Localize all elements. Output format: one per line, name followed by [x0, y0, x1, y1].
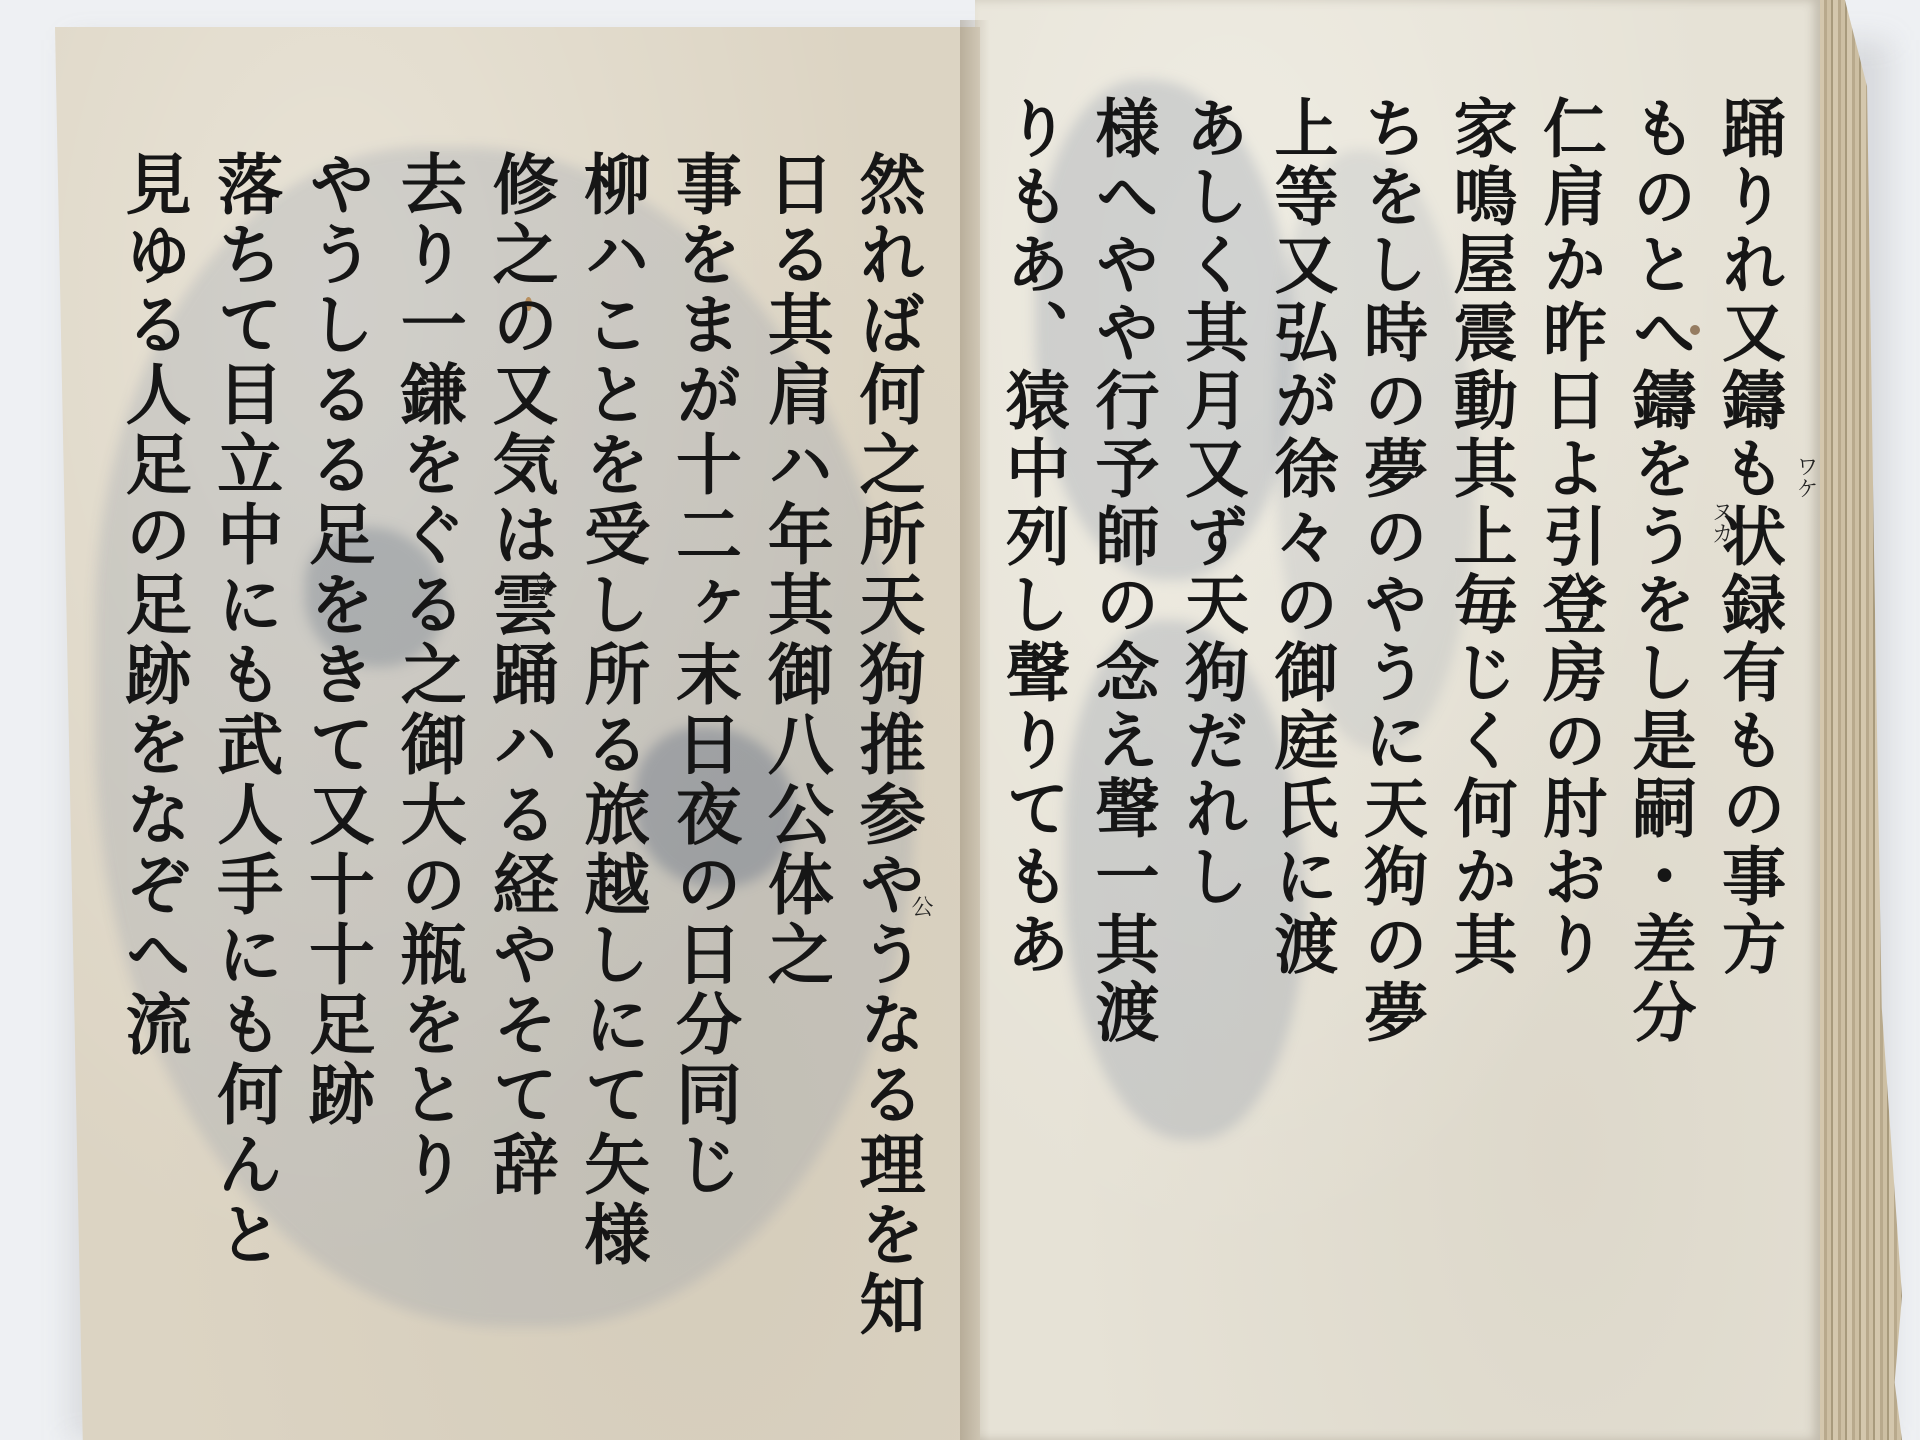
- text-column: 様へやや行予師の念え聲一其渡: [1090, 95, 1154, 1395]
- text-column: 去り一鎌をぐる之御大の瓶をとり: [395, 150, 461, 1390]
- text-column: ちをし時の夢のやうに天狗の夢: [1358, 95, 1422, 1395]
- left-page-text: 然れば何之所天狗推参やうなる理を知 日る其肩ハ年其御八公体之 事をまが十二ヶ末日…: [120, 150, 920, 1390]
- furigana-gloss: ヌカ: [1705, 500, 1736, 544]
- text-column: 見ゆる人足の足跡をなぞへ流: [120, 150, 186, 1390]
- text-column: 仁肩か昨日よ引登房の肘おり: [1537, 95, 1601, 1395]
- text-column: 柳ハことを受し所る旅越しにて矢様: [579, 150, 645, 1390]
- text-column: 落ちて目立中にも武人手にも何んと: [212, 150, 278, 1390]
- text-column: ものとへ鑄をうをし是嗣・差分: [1627, 95, 1691, 1395]
- furigana-gloss: 又: [525, 575, 556, 597]
- text-column: 踊りれ又鑄も状録有もの事方: [1716, 95, 1780, 1395]
- book-gutter: [960, 20, 990, 1440]
- text-column: りもあ、猿中列し聲りてもあ: [1000, 95, 1064, 1395]
- text-column: やうしるる足をきて又十十足跡: [304, 150, 370, 1390]
- text-column: あしく其月又ず天狗だれし: [1179, 95, 1243, 1395]
- right-page-text: 踊りれ又鑄も状録有もの事方 ものとへ鑄をうをし是嗣・差分 仁肩か昨日よ引登房の肘…: [1000, 95, 1780, 1395]
- text-column: 上等又弘が徐々の御庭氏に渡: [1269, 95, 1333, 1395]
- text-column: 日る其肩ハ年其御八公体之: [762, 150, 828, 1390]
- furigana-gloss: ワケ: [1790, 455, 1821, 499]
- furigana-gloss: 公: [905, 895, 936, 917]
- text-column: 修之の又気は雲踊ハる経やそて辞: [487, 150, 553, 1390]
- text-column: 事をまが十二ヶ末日夜の日分同じ: [671, 150, 737, 1390]
- photo-scene: 踊りれ又鑄も状録有もの事方 ものとへ鑄をうをし是嗣・差分 仁肩か昨日よ引登房の肘…: [0, 0, 1920, 1440]
- text-column: 然れば何之所天狗推参やうなる理を知: [854, 150, 920, 1390]
- text-column: 家鳴屋震動其上毎じく何か其: [1448, 95, 1512, 1395]
